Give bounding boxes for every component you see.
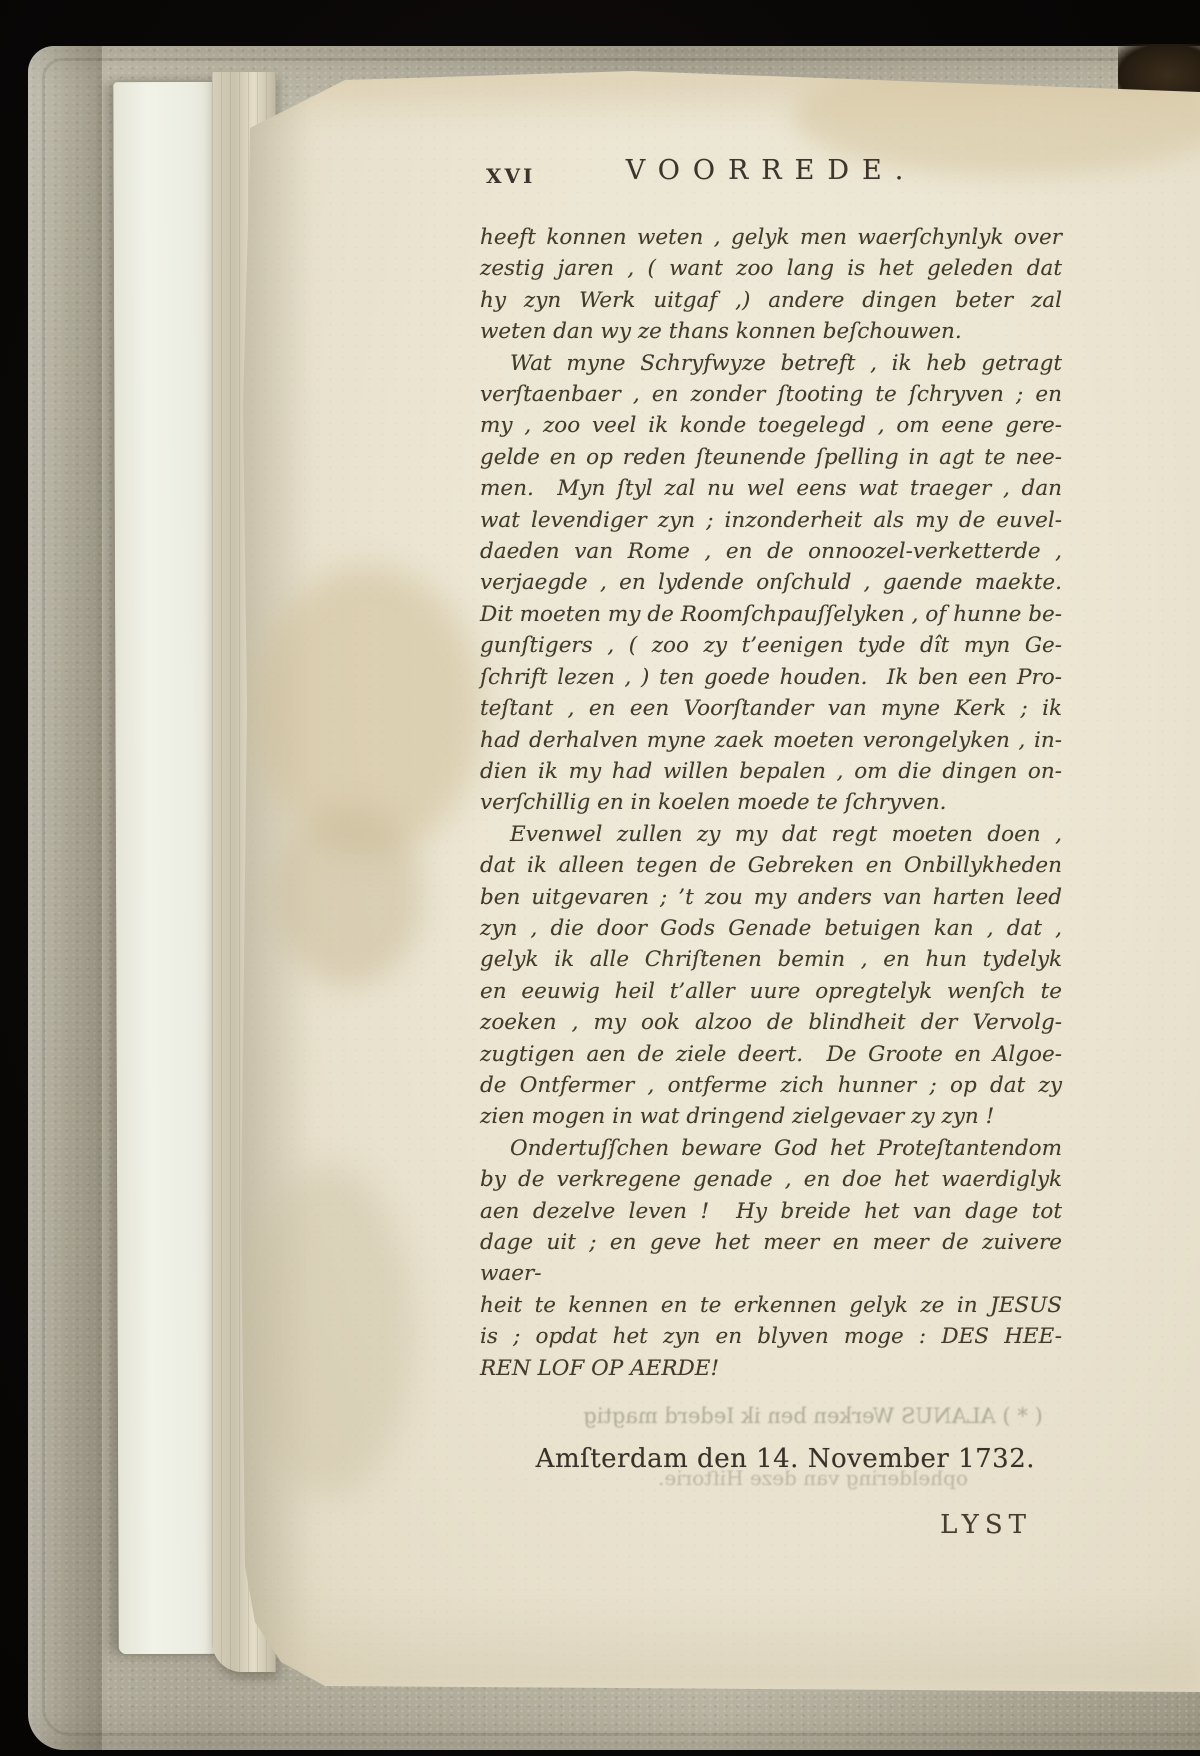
- text-block: XVI VOORREDE. heeft konnen weten , gelyk…: [480, 154, 1062, 1384]
- text-line: dage uit ; en geve het meer en meer de z…: [480, 1227, 1062, 1290]
- dateline: Amſterdam den 14. November 1732.: [233, 1444, 1200, 1474]
- text-line: zoeken , my ook alzoo de blindheit der V…: [480, 1007, 1062, 1038]
- text-line: verſtaenbaer , en zonder ſtooting te ſch…: [480, 379, 1062, 410]
- stain-bottom: [233, 1602, 1200, 1692]
- text-line: aen dezelve leven ! Hy breide het van da…: [480, 1196, 1062, 1227]
- paragraph: Evenwel zullen zy my dat regt moeten doe…: [480, 819, 1062, 1133]
- text-line: dien ik my had willen bepalen , om die d…: [480, 756, 1062, 787]
- text-line: zien mogen in wat dringend zielgevaer zy…: [480, 1101, 1062, 1132]
- text-line: Ondertuſſchen beware God het Proteſtante…: [480, 1133, 1062, 1164]
- text-line: verjaegde , en lydende onſchuld , gaende…: [480, 567, 1062, 598]
- text-line: zugtigen aen de ziele deert. De Groote e…: [480, 1039, 1062, 1070]
- cover-spine-edge: [28, 46, 102, 1750]
- text-line: daeden van Rome , en de onnoozel-verkett…: [480, 536, 1062, 567]
- text-line: by de verkregene genade , en doe het wae…: [480, 1164, 1062, 1195]
- text-line: zestig jaren , ( want zoo lang is het ge…: [480, 253, 1062, 284]
- stain-mid-left: [253, 566, 483, 856]
- text-line: zyn , die door Gods Genade betuigen kan …: [480, 913, 1062, 944]
- text-line: ben uitgevaren ; ’t zou my anders van ha…: [480, 882, 1062, 913]
- text-line: gelde en op reden ſteunende ſpelling in …: [480, 442, 1062, 473]
- text-line: my , zoo veel ik konde toegelegd , om ee…: [480, 410, 1062, 441]
- text-line: men. Myn ſtyl zal nu wel eens wat traege…: [480, 473, 1062, 504]
- ink-bleedthrough-line: ( * ) ALANUS Werken ben ik Iederd magtig: [543, 1404, 1083, 1428]
- text-line: verſchillig en in koelen moede te ſchryv…: [480, 787, 1062, 818]
- text-line: en eeuwig heil t’aller uure opregtelyk w…: [480, 976, 1062, 1007]
- running-title: VOORREDE.: [480, 154, 1062, 188]
- text-line: REN LOF OP AERDE!: [480, 1353, 1062, 1384]
- catchword: LYST: [233, 1510, 1200, 1540]
- text-line: teſtant , en een Voorſtander van myne Ke…: [480, 693, 1062, 724]
- paragraph: heeft konnen weten , gelyk men waerſchyn…: [480, 222, 1062, 348]
- page-header: XVI VOORREDE.: [480, 154, 1062, 188]
- book-photo: ( * ) ALANUS Werken ben ik Iederd magtig…: [0, 0, 1200, 1756]
- text-line: is ; opdat het zyn en blyven moge : DES …: [480, 1321, 1062, 1352]
- text-line: heit te kennen en te erkennen gelyk ze i…: [480, 1290, 1062, 1321]
- text-line: heeft konnen weten , gelyk men waerſchyn…: [480, 222, 1062, 253]
- text-line: Dit moeten my de Roomſchpauſſelyken , of…: [480, 599, 1062, 630]
- text-line: hy zyn Werk uitgaf ,) andere dingen bete…: [480, 285, 1062, 316]
- cover-corner-shadow: [1118, 44, 1200, 96]
- page-number: XVI: [486, 159, 535, 193]
- text-line: ſchrift lezen , ) ten goede houden. Ik b…: [480, 662, 1062, 693]
- text-line: dat ik alleen tegen de Gebreken en Onbil…: [480, 850, 1062, 881]
- text-line: de Ontfermer , ontferme zich hunner ; op…: [480, 1070, 1062, 1101]
- text-line: had derhalven myne zaek moeten verongely…: [480, 725, 1062, 756]
- text-line: Evenwel zullen zy my dat regt moeten doe…: [480, 819, 1062, 850]
- text-line: wat levendiger zyn ; inzonderheit als my…: [480, 505, 1062, 536]
- text-line: Wat myne Schryfwyze betreft , ik heb get…: [480, 348, 1062, 379]
- book-page: ( * ) ALANUS Werken ben ik Iederd magtig…: [233, 66, 1200, 1692]
- text-line: weten dan wy ze thans konnen beſchouwen.: [480, 316, 1062, 347]
- text-line: gelyk ik alle Chriſtenen bemin , en hun …: [480, 944, 1062, 975]
- text-line: gunſtigers , ( zoo zy t’eenigen tyde dît…: [480, 630, 1062, 661]
- paragraph: Ondertuſſchen beware God het Proteſtante…: [480, 1133, 1062, 1384]
- stain-mid-left-2: [273, 806, 423, 986]
- text-body: heeft konnen weten , gelyk men waerſchyn…: [480, 222, 1062, 1384]
- paragraph: Wat myne Schryfwyze betreft , ik heb get…: [480, 348, 1062, 819]
